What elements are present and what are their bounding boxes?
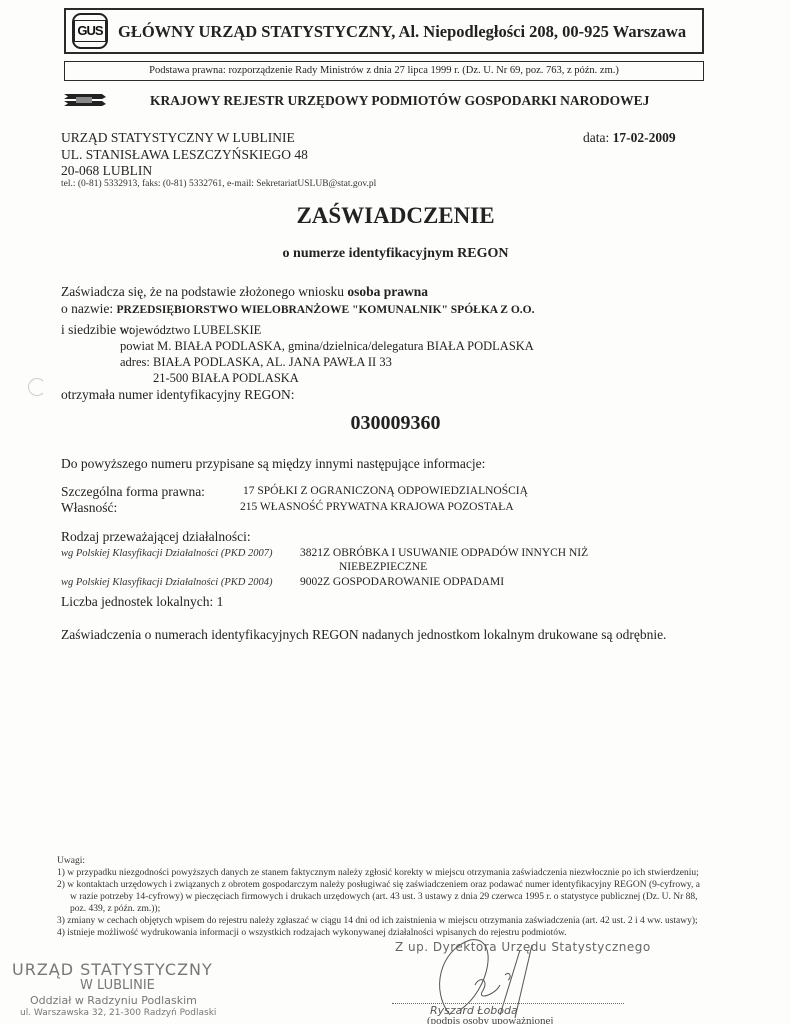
stamp-line-2: W LUBLINIE	[80, 978, 155, 993]
ownership-value: 215 WŁASNOŚĆ PRYWATNA KRAJOWA POZOSTAŁA	[240, 501, 514, 513]
pkd2007-value-cont: NIEBEZPIECZNE	[339, 561, 427, 573]
closing-paragraph: Zaświadczenia o numerach identyfikacyjny…	[61, 625, 701, 644]
regon-label: otrzymała numer identyfikacyjny REGON:	[61, 387, 295, 403]
name-label: o nazwie:	[61, 301, 113, 316]
institution-title: GŁÓWNY URZĄD STATYSTYCZNY, Al. Niepodleg…	[118, 22, 686, 42]
legal-basis: Podstawa prawna: rozporządzenie Rady Min…	[64, 61, 704, 81]
date-label: data:	[583, 130, 609, 145]
pkd2004-value: 9002Z GOSPODAROWANIE ODPADAMI	[300, 576, 504, 588]
notes-title: Uwagi:	[57, 855, 707, 867]
issue-date: data: 17-02-2009	[583, 130, 676, 146]
signature-caption: (podpis osoby upoważnionej	[427, 1015, 553, 1024]
ownership-label: Własność:	[61, 500, 117, 516]
voivodeship: województwo LUBELSKIE	[120, 323, 261, 338]
pkd2007-label: wg Polskiej Klasyfikacji Działalności (P…	[61, 548, 272, 559]
office-name: URZĄD STATYSTYCZNY W LUBLINIE	[61, 130, 295, 146]
notes-section: Uwagi: 1) w przypadku niezgodności powyż…	[57, 855, 707, 939]
pkd2004-label: wg Polskiej Klasyfikacji Działalności (P…	[61, 577, 272, 588]
document-subtitle: o numerze identyfikacyjnym REGON	[0, 246, 791, 262]
legal-form-label: Szczególna forma prawna:	[61, 484, 205, 500]
office-street: UL. STANISŁAWA LESZCZYŃSKIEGO 48	[61, 147, 308, 163]
info-intro: Do powyższego numeru przypisane są międz…	[61, 456, 485, 472]
address-line: adres: BIAŁA PODLASKA, AL. JANA PAWŁA II…	[120, 355, 392, 370]
regon-logo-icon	[62, 93, 106, 107]
stamp-line-1: URZĄD STATYSTYCZNY	[12, 960, 213, 979]
office-contact: tel.: (0-81) 5332913, faks: (0-81) 53327…	[61, 179, 376, 189]
date-value: 17-02-2009	[613, 130, 676, 145]
intro-text: Zaświadcza się, że na podstawie złożoneg…	[61, 284, 344, 299]
note-item: 2) w kontaktach urzędowych i związanych …	[57, 879, 707, 915]
regon-number: 030009360	[0, 412, 791, 435]
registry-title: KRAJOWY REJESTR URZĘDOWY PODMIOTÓW GOSPO…	[150, 93, 649, 109]
activity-label: Rodzaj przeważającej działalności:	[61, 529, 251, 545]
note-item: 3) zmiany w cechach objętych wpisem do r…	[57, 915, 707, 927]
note-item: 1) w przypadku niezgodności powyższych d…	[57, 867, 707, 879]
address-label: adres:	[120, 355, 150, 369]
local-units: Liczba jednostek lokalnych: 1	[61, 594, 223, 610]
address-value: BIAŁA PODLASKA, AL. JANA PAWŁA II 33	[153, 355, 392, 369]
address-postcode: 21-500 BIAŁA PODLASKA	[153, 371, 299, 386]
intro-line: Zaświadcza się, że na podstawie złożoneg…	[61, 284, 428, 300]
document-title: ZAŚWIADCZENIE	[0, 203, 791, 229]
legal-form-value: 17 SPÓŁKI Z OGRANICZONĄ ODPOWIEDZIALNOŚC…	[243, 485, 528, 497]
gus-logo-icon: GUS	[72, 13, 108, 49]
stamp-line-3: Oddział w Radzyniu Podlaskim	[30, 994, 197, 1007]
punch-hole-mark	[28, 378, 46, 396]
entity-name: PRZEDSIĘBIORSTWO WIELOBRANŻOWE "KOMUNALN…	[116, 304, 534, 316]
entity-name-line: o nazwie: PRZEDSIĘBIORSTWO WIELOBRANŻOWE…	[61, 301, 535, 317]
office-city: 20-068 LUBLIN	[61, 163, 152, 179]
note-item: 4) istnieje możliwość wydrukowania infor…	[57, 927, 707, 939]
pkd2007-value: 3821Z OBRÓBKA I USUWANIE ODPADÓW INNYCH …	[300, 547, 588, 559]
institution-header: GUS GŁÓWNY URZĄD STATYSTYCZNY, Al. Niepo…	[64, 8, 704, 54]
entity-type: osoba prawna	[347, 284, 428, 299]
stamp-line-4: ul. Warszawska 32, 21-300 Radzyń Podlask…	[20, 1008, 216, 1018]
district: powiat M. BIAŁA PODLASKA, gmina/dzielnic…	[120, 339, 534, 354]
